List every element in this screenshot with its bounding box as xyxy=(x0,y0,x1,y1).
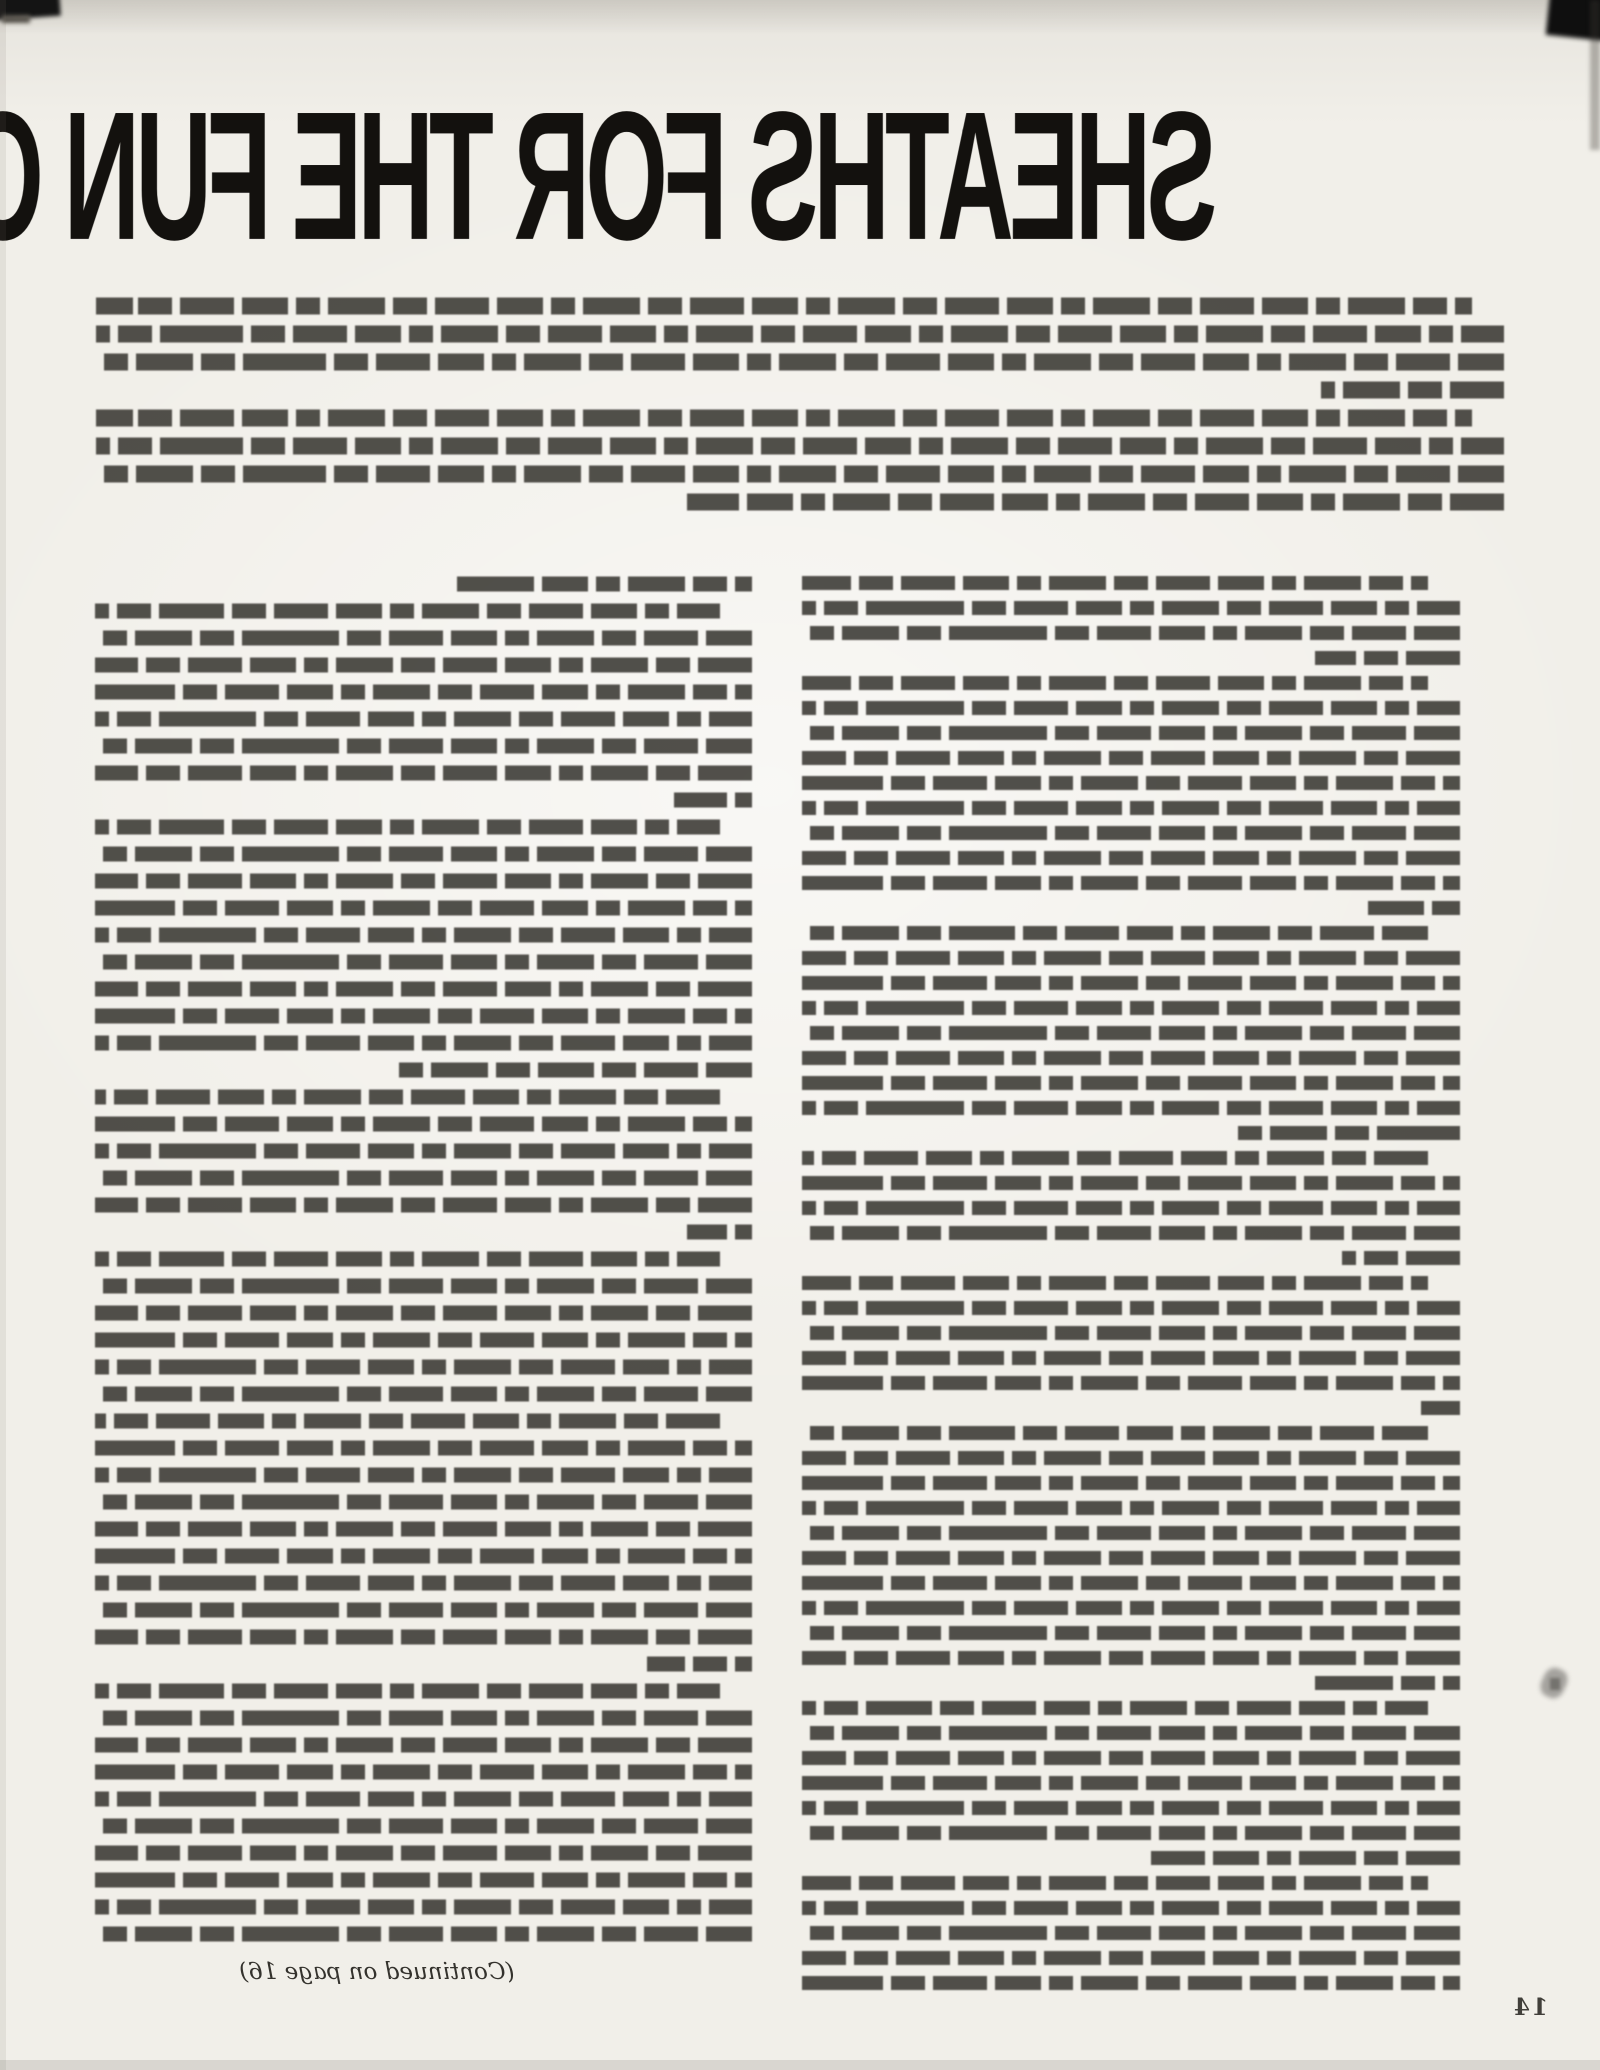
greeked-text-line xyxy=(803,945,1461,970)
greeked-text-line xyxy=(803,1520,1461,1545)
greeked-text-line xyxy=(803,570,1461,595)
greeked-text-line xyxy=(95,678,753,705)
greeked-text-line xyxy=(95,1056,753,1083)
greeked-text-line xyxy=(95,1866,753,1893)
greeked-text-line xyxy=(95,1812,753,1839)
greeked-text-line xyxy=(95,921,753,948)
greeked-text-line xyxy=(803,1420,1461,1445)
page-number: 14 xyxy=(1512,1994,1548,2021)
greeked-text-line xyxy=(803,1195,1461,1220)
greeked-text-line xyxy=(96,292,1504,320)
greeked-text-line xyxy=(95,948,753,975)
greeked-text-line xyxy=(95,1110,753,1137)
greeked-text-line xyxy=(803,1270,1461,1295)
greeked-text-line xyxy=(95,624,753,651)
greeked-text-line xyxy=(803,1595,1461,1620)
greeked-text-line xyxy=(803,670,1461,695)
greeked-text-line xyxy=(803,1870,1461,1895)
greeked-text-line xyxy=(95,759,753,786)
headline-block: SHEATHS FOR THE FUN OF IT xyxy=(90,84,1510,256)
greeked-text-line xyxy=(95,975,753,1002)
greeked-text-line xyxy=(95,1542,753,1569)
greeked-text-line xyxy=(803,970,1461,995)
greeked-text-line xyxy=(95,651,753,678)
greeked-text-line xyxy=(803,1645,1461,1670)
body-column-right-greeked: (Continued on page 16) xyxy=(95,570,753,1995)
greeked-text-line xyxy=(95,1380,753,1407)
greeked-text-line xyxy=(803,745,1461,770)
greeked-text-line xyxy=(803,1245,1461,1270)
greeked-text-line xyxy=(95,1623,753,1650)
greeked-text-line xyxy=(95,786,753,813)
greeked-text-line xyxy=(95,867,753,894)
greeked-text-line xyxy=(803,1295,1461,1320)
greeked-text-line xyxy=(803,1795,1461,1820)
greeked-text-line xyxy=(803,1920,1461,1945)
greeked-text-line xyxy=(95,1515,753,1542)
greeked-text-line xyxy=(95,1839,753,1866)
greeked-text-line xyxy=(803,1970,1461,1995)
greeked-text-line xyxy=(803,1170,1461,1195)
greeked-text-line xyxy=(803,1320,1461,1345)
greeked-text-line xyxy=(803,820,1461,845)
greeked-text-line xyxy=(803,1395,1461,1420)
greeked-text-line xyxy=(95,1785,753,1812)
greeked-text-line xyxy=(803,1095,1461,1120)
greeked-text-line xyxy=(95,813,753,840)
greeked-text-line xyxy=(95,1002,753,1029)
greeked-text-line xyxy=(95,1083,753,1110)
greeked-text-line xyxy=(803,1820,1461,1845)
greeked-text-line xyxy=(95,1326,753,1353)
greeked-text-line xyxy=(95,1137,753,1164)
greeked-text-line xyxy=(95,840,753,867)
intro-paragraphs-greeked xyxy=(96,292,1504,516)
greeked-text-line xyxy=(95,1677,753,1704)
greeked-text-line xyxy=(803,795,1461,820)
greeked-text-line xyxy=(803,1570,1461,1595)
greeked-text-line xyxy=(803,620,1461,645)
greeked-text-line xyxy=(803,1670,1461,1695)
greeked-text-line xyxy=(803,895,1461,920)
greeked-text-line xyxy=(95,1164,753,1191)
greeked-text-line xyxy=(803,1620,1461,1645)
greeked-text-line xyxy=(95,1029,753,1056)
greeked-text-line xyxy=(95,732,753,759)
greeked-text-line xyxy=(95,1299,753,1326)
greeked-text-line xyxy=(95,597,753,624)
greeked-text-line xyxy=(803,1945,1461,1970)
greeked-text-line xyxy=(803,1545,1461,1570)
greeked-text-line xyxy=(803,1045,1461,1070)
greeked-text-line xyxy=(95,705,753,732)
greeked-text-line xyxy=(803,920,1461,945)
greeked-text-line xyxy=(803,1495,1461,1520)
greeked-text-line xyxy=(95,1920,753,1947)
greeked-text-line xyxy=(803,995,1461,1020)
greeked-text-line xyxy=(95,894,753,921)
greeked-text-line xyxy=(803,645,1461,670)
greeked-text-line xyxy=(803,1120,1461,1145)
greeked-text-line xyxy=(95,1245,753,1272)
greeked-text-line xyxy=(95,1272,753,1299)
greeked-text-line xyxy=(803,770,1461,795)
greeked-text-line xyxy=(803,1145,1461,1170)
greeked-text-line xyxy=(803,1220,1461,1245)
greeked-text-line xyxy=(95,1407,753,1434)
greeked-text-line xyxy=(803,1445,1461,1470)
greeked-text-line xyxy=(95,1758,753,1785)
greeked-text-line xyxy=(803,720,1461,745)
greeked-text-line xyxy=(803,595,1461,620)
body-column-left-greeked xyxy=(803,570,1461,1995)
greeked-text-line xyxy=(803,845,1461,870)
continuation-note: (Continued on page 16) xyxy=(95,1959,515,1985)
greeked-text-line xyxy=(96,432,1504,460)
greeked-text-line xyxy=(95,1191,753,1218)
greeked-text-line xyxy=(95,1893,753,1920)
greeked-text-line xyxy=(803,1695,1461,1720)
greeked-text-line xyxy=(96,460,1504,488)
greeked-text-line xyxy=(95,1218,753,1245)
greeked-text-line xyxy=(95,570,753,597)
greeked-text-line xyxy=(803,695,1461,720)
greeked-text-line xyxy=(95,1731,753,1758)
greeked-text-line xyxy=(95,1596,753,1623)
greeked-text-line xyxy=(95,1569,753,1596)
greeked-text-line xyxy=(95,1461,753,1488)
greeked-text-line xyxy=(803,870,1461,895)
greeked-text-line xyxy=(803,1470,1461,1495)
greeked-text-line xyxy=(803,1770,1461,1795)
greeked-text-line xyxy=(803,1745,1461,1770)
greeked-text-line xyxy=(803,1020,1461,1045)
magazine-page-scan: SHEATHS FOR THE FUN OF IT (Continued on … xyxy=(0,0,1600,2070)
greeked-text-line xyxy=(95,1353,753,1380)
greeked-text-line xyxy=(95,1434,753,1461)
page-title: SHEATHS FOR THE FUN OF IT xyxy=(0,84,1217,267)
greeked-text-line xyxy=(95,1704,753,1731)
greeked-text-line xyxy=(95,1650,753,1677)
greeked-text-line xyxy=(803,1370,1461,1395)
greeked-text-line xyxy=(803,1345,1461,1370)
mirrored-page-content: SHEATHS FOR THE FUN OF IT (Continued on … xyxy=(0,0,1600,2070)
two-column-body: (Continued on page 16) xyxy=(95,570,1460,1995)
greeked-text-line xyxy=(95,1488,753,1515)
greeked-text-line xyxy=(803,1070,1461,1095)
greeked-text-line xyxy=(96,320,1504,348)
greeked-text-line xyxy=(803,1895,1461,1920)
greeked-text-line xyxy=(96,404,1504,432)
greeked-text-line xyxy=(803,1720,1461,1745)
greeked-text-line xyxy=(803,1845,1461,1870)
greeked-text-line xyxy=(96,348,1504,376)
greeked-text-line xyxy=(96,488,1504,516)
greeked-text-line xyxy=(96,376,1504,404)
